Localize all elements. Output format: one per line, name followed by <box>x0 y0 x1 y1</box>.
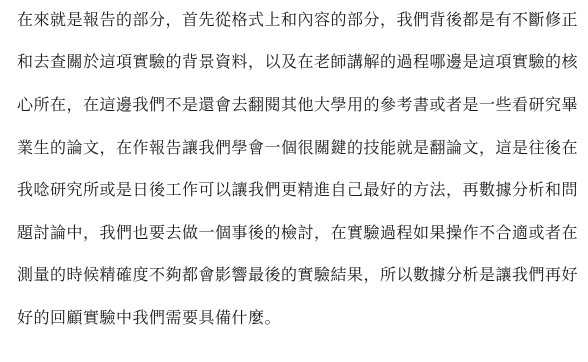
paragraph-line-4: 業生的論文，在作報告讓我們學會一個很關鍵的技能就是翻論文，這是往後在 <box>17 137 578 159</box>
paragraph-line-7: 測量的時候精確度不夠都會影響最後的實驗結果，所以數據分析是讓我們再好 <box>17 264 578 286</box>
paragraph-line-5: 我唸研究所或是日後工作可以讓我們更精進自己最好的方法，再數據分析和問 <box>17 179 578 201</box>
paragraph-line-2: 和去查關於這項實驗的背景資料，以及在老師講解的過程哪邊是這項實驗的核 <box>17 51 578 73</box>
paragraph-line-3: 心所在，在這邊我們不是還會去翻閱其他大學用的參考書或者是一些看研究畢 <box>17 94 578 116</box>
paragraph-line-8: 好的回顧實驗中我們需要具備什麼。 <box>17 307 281 329</box>
paragraph-line-6: 題討論中，我們也要去做一個事後的檢討，在實驗過程如果操作不合適或者在 <box>17 222 578 244</box>
paragraph-line-1: 在來就是報告的部分，首先從格式上和內容的部分，我們背後都是有不斷修正 <box>17 9 578 31</box>
